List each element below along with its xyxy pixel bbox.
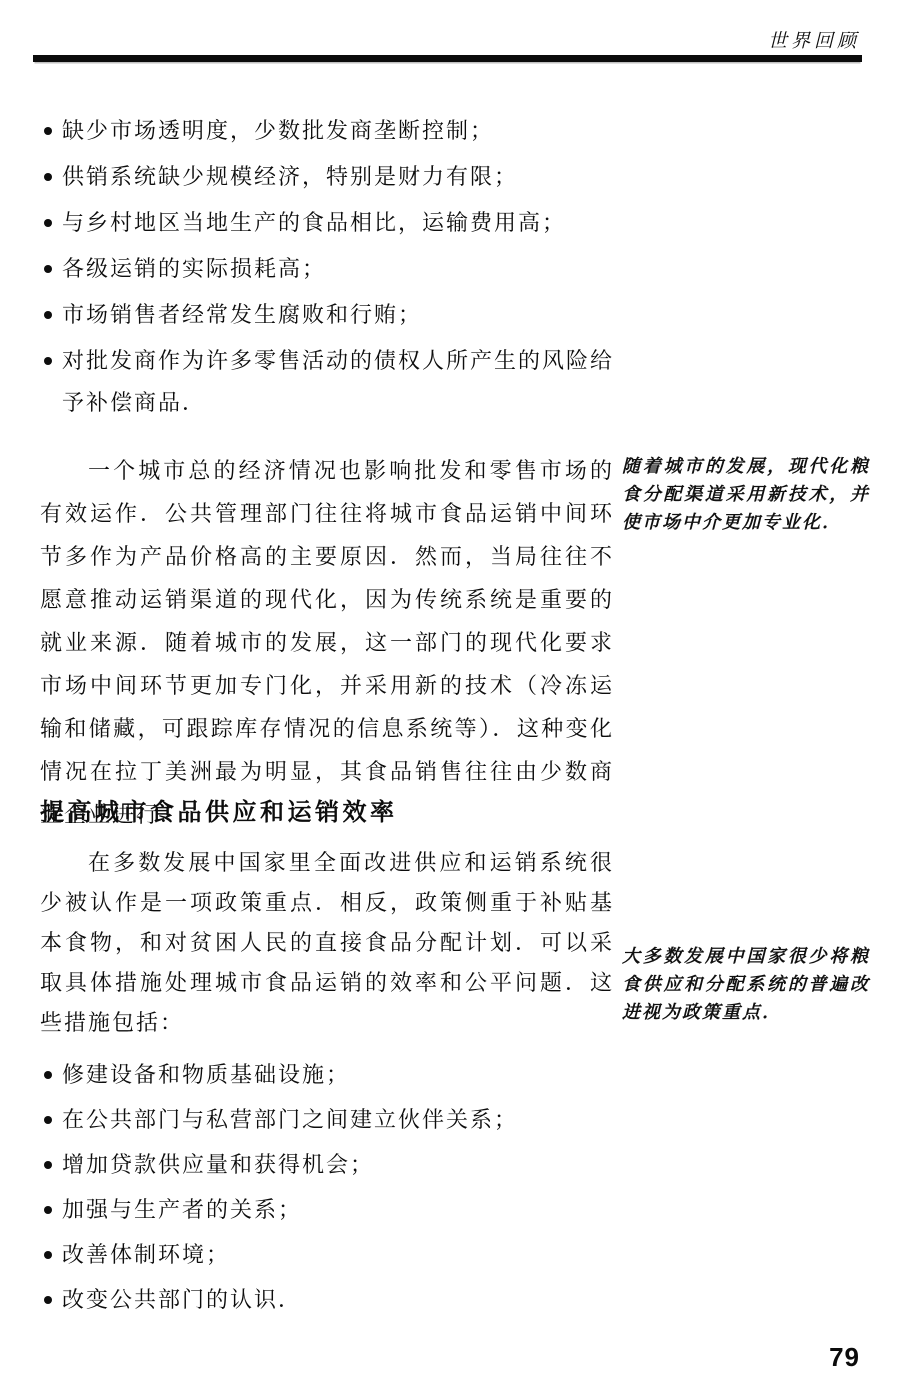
list-item: 在公共部门与私营部门之间建立伙伴关系； bbox=[40, 1099, 614, 1141]
bullet-marker-icon bbox=[44, 357, 52, 365]
list-item-text: 改变公共部门的认识． bbox=[62, 1287, 302, 1312]
page-number: 79 bbox=[829, 1342, 860, 1373]
document-page: 世界回顾 缺少市场透明度，少数批发商垄断控制； 供销系统缺少规模经济，特别是财力… bbox=[0, 0, 900, 1400]
list-item: 各级运销的实际损耗高； bbox=[40, 248, 614, 290]
measures-list: 修建设备和物质基础设施； 在公共部门与私营部门之间建立伙伴关系； 增加贷款供应量… bbox=[40, 1054, 614, 1324]
header-rule bbox=[33, 55, 862, 62]
margin-note-priority: 大多数发展中国家很少将粮食供应和分配系统的普遍改进视为政策重点． bbox=[622, 942, 870, 1026]
bullet-marker-icon bbox=[44, 1071, 52, 1079]
list-item-text: 各级运销的实际损耗高； bbox=[62, 256, 326, 281]
bullet-marker-icon bbox=[44, 219, 52, 227]
section-heading: 提高城市食品供应和运销效率 bbox=[40, 797, 398, 829]
list-item-text: 对批发商作为许多零售活动的债权人所产生的风险给予补偿商品． bbox=[62, 348, 614, 415]
list-item-text: 增加贷款供应量和获得机会； bbox=[62, 1152, 374, 1177]
list-item: 缺少市场透明度，少数批发商垄断控制； bbox=[40, 110, 614, 152]
list-item: 市场销售者经常发生腐败和行贿； bbox=[40, 294, 614, 336]
list-item-text: 改善体制环境； bbox=[62, 1242, 230, 1267]
list-item-text: 加强与生产者的关系； bbox=[62, 1197, 302, 1222]
bullet-marker-icon bbox=[44, 1206, 52, 1214]
list-item: 修建设备和物质基础设施； bbox=[40, 1054, 614, 1096]
list-item-text: 缺少市场透明度，少数批发商垄断控制； bbox=[62, 118, 494, 143]
bullet-marker-icon bbox=[44, 265, 52, 273]
list-item: 供销系统缺少规模经济，特别是财力有限； bbox=[40, 156, 614, 198]
bullet-marker-icon bbox=[44, 127, 52, 135]
paragraph-economy: 一个城市总的经济情况也影响批发和零售市场的有效运作．公共管理部门往往将城市食品运… bbox=[40, 449, 614, 836]
list-item-text: 市场销售者经常发生腐败和行贿； bbox=[62, 302, 422, 327]
bullet-marker-icon bbox=[44, 1251, 52, 1259]
list-item: 改善体制环境； bbox=[40, 1234, 614, 1276]
bullet-marker-icon bbox=[44, 1116, 52, 1124]
bullet-marker-icon bbox=[44, 173, 52, 181]
list-item: 加强与生产者的关系； bbox=[40, 1189, 614, 1231]
paragraph-policy: 在多数发展中国家里全面改进供应和运销系统很少被认作是一项政策重点．相反，政策侧重… bbox=[40, 843, 614, 1043]
running-header: 世界回顾 bbox=[768, 26, 860, 53]
bullet-marker-icon bbox=[44, 1161, 52, 1169]
bullet-marker-icon bbox=[44, 311, 52, 319]
list-item-text: 修建设备和物质基础设施； bbox=[62, 1062, 350, 1087]
list-item-text: 在公共部门与私营部门之间建立伙伴关系； bbox=[62, 1107, 518, 1132]
list-item: 与乡村地区当地生产的食品相比，运输费用高； bbox=[40, 202, 614, 244]
bullet-marker-icon bbox=[44, 1296, 52, 1304]
list-item-text: 供销系统缺少规模经济，特别是财力有限； bbox=[62, 164, 518, 189]
list-item: 对批发商作为许多零售活动的债权人所产生的风险给予补偿商品． bbox=[40, 340, 614, 424]
list-item: 改变公共部门的认识． bbox=[40, 1279, 614, 1321]
margin-note-modernization: 随着城市的发展，现代化粮食分配渠道采用新技术，并使市场中介更加专业化． bbox=[622, 452, 870, 536]
list-item: 增加贷款供应量和获得机会； bbox=[40, 1144, 614, 1186]
list-item-text: 与乡村地区当地生产的食品相比，运输费用高； bbox=[62, 210, 566, 235]
issues-list: 缺少市场透明度，少数批发商垄断控制； 供销系统缺少规模经济，特别是财力有限； 与… bbox=[40, 110, 614, 428]
